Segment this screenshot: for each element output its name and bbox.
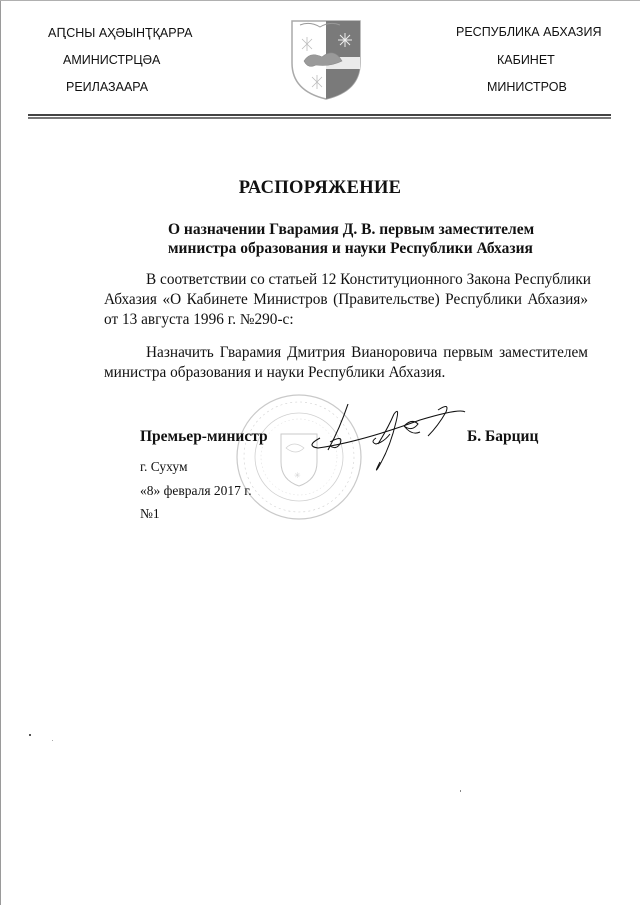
- signer-position: Премьер-министр: [140, 428, 268, 446]
- letterhead-right-line1: РЕСПУБЛИКА АБХАЗИЯ: [456, 25, 601, 39]
- document-date: «8» февраля 2017 г.: [140, 483, 252, 499]
- paragraph1-line1: В соответствии со статьей 12 Конституцио…: [104, 270, 588, 290]
- paragraph-legal-basis: В соответствии со статьей 12 Конституцио…: [104, 270, 588, 330]
- letterhead-right-line3: МИНИСТРОВ: [487, 80, 567, 94]
- signature-icon: [300, 398, 470, 478]
- document-number: №1: [140, 506, 160, 522]
- document-subject: О назначении Гварамия Д. В. первым замес…: [168, 220, 534, 258]
- letterhead-right-line2: КАБИНЕТ: [497, 53, 555, 67]
- coat-of-arms-icon: [290, 17, 362, 101]
- paragraph1-line3: от 13 августа 1996 г. №290-с:: [104, 310, 588, 330]
- letterhead-left-line1: АԤСНЫ АҲӘЫНҬҚАРРА: [48, 25, 192, 40]
- page-edge-left: [0, 0, 1, 905]
- letterhead-left-line2: АМИНИСТРЦӘА: [63, 53, 160, 67]
- scan-artifact: [29, 734, 31, 736]
- document-title: РАСПОРЯЖЕНИЕ: [0, 178, 640, 199]
- paragraph1-line2-text: Абхазия «О Кабинете Министров (Правитель…: [104, 290, 588, 310]
- scan-artifact: [52, 740, 53, 741]
- paragraph-appointment: Назначить Гварамия Дмитрия Вианоровича п…: [104, 343, 588, 383]
- letterhead-left-line3: РЕИЛАЗААРА: [66, 80, 148, 94]
- paragraph2-line1-text: Назначить Гварамия Дмитрия Вианоровича п…: [146, 343, 588, 363]
- paragraph2-line2: министра образования и науки Республики …: [104, 363, 588, 383]
- scan-artifact: [460, 790, 461, 792]
- subject-line1: О назначении Гварамия Д. В. первым замес…: [168, 220, 534, 239]
- paragraph1-line1-text: В соответствии со статьей 12 Конституцио…: [146, 270, 588, 290]
- paragraph1-line2: Абхазия «О Кабинете Министров (Правитель…: [104, 290, 588, 310]
- paragraph2-line1: Назначить Гварамия Дмитрия Вианоровича п…: [104, 343, 588, 363]
- letterhead-divider-secondary: [28, 117, 611, 119]
- signer-name: Б. Барциц: [467, 428, 538, 446]
- page-edge-top: [0, 0, 640, 1]
- subject-line2: министра образования и науки Республики …: [168, 239, 534, 258]
- document-place: г. Сухум: [140, 459, 188, 475]
- letterhead-divider: [28, 114, 611, 116]
